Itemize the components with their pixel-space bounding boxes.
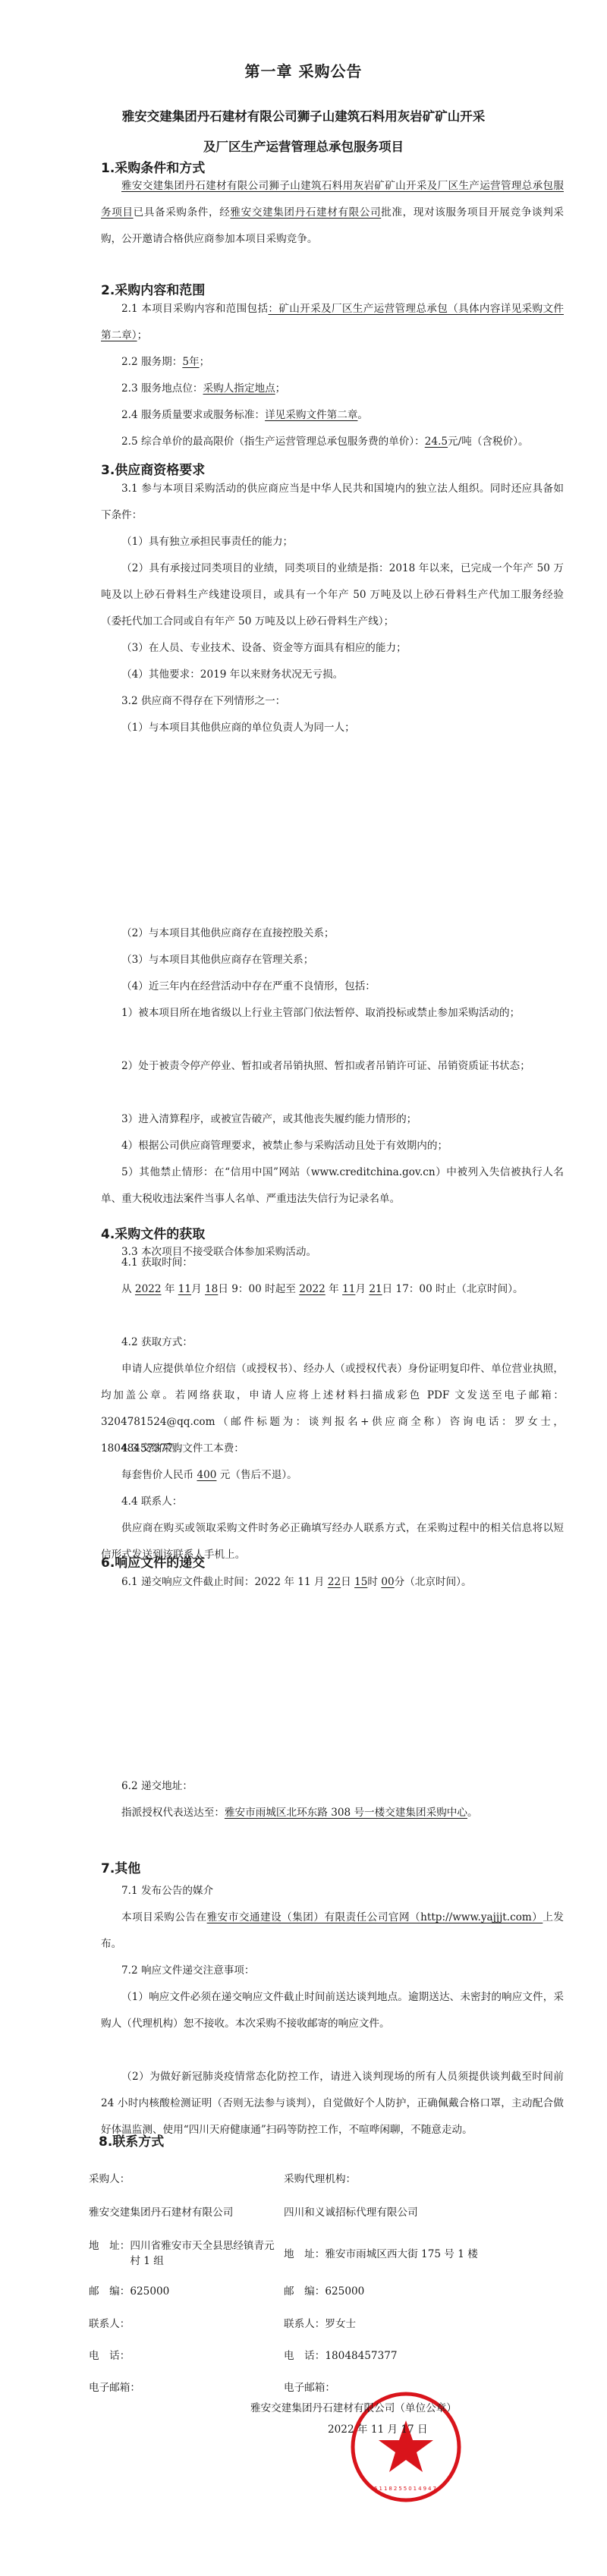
item-2-2: 2.2 服务期：5年； — [101, 349, 564, 376]
label: 电子邮箱： — [89, 2382, 140, 2394]
section-4-heading: 4.采购文件的获取 — [101, 1223, 205, 1242]
acquisition-time: 从 2022 年 11月 18日 9：00 时起至 2022 年 11月 21日… — [101, 1276, 564, 1303]
condition-3: （3）在人员、专业技术、设备、资金等方面具有相应的能力； — [101, 635, 564, 662]
value: 5年 — [182, 356, 199, 368]
agency-label: 采购代理机构： — [284, 2172, 356, 2187]
label: 联系人： — [284, 2318, 325, 2330]
text: 。 — [467, 1807, 478, 1819]
item-2-1: 2.1 本项目采购内容和范围包括：矿山开采及厂区生产运营管理总承包（具体内容详见… — [101, 296, 564, 349]
item-2-5: 2.5 综合单价的最高限价（指生产运营管理总承包服务费的单价）：24.5元/吨（… — [101, 429, 564, 455]
exclusion-1: （1）与本项目其他供应商的单位负责人为同一人； — [101, 715, 564, 741]
approver: 雅安交建集团丹石建材有限公司 — [230, 206, 381, 219]
label: 2.2 服务期： — [121, 356, 182, 368]
text: 日 17：00 时止（北京时间）。 — [382, 1283, 524, 1295]
note-1: （1）响应文件必须在递交响应文件截止时间前送达谈判地点。逾期送达、未密封的响应文… — [101, 1984, 564, 2037]
signature-date: 2022 年 11 月 17 日 — [328, 2420, 428, 2436]
address: 雅安市雨城区北环东路 308 号一楼交建集团采购中心 — [225, 1807, 467, 1819]
text: 6.1 递交响应文件截止时间：2022 年 11 月 — [121, 1576, 325, 1588]
note-2: （2）为做好新冠肺炎疫情常态化防控工作，请进入谈判现场的所有人员须提供谈判截至时… — [101, 2064, 564, 2144]
submission-address: 指派授权代表送达至：雅安市雨城区北环东路 308 号一楼交建集团采购中心。 — [101, 1800, 564, 1826]
project-title-line2: 及厂区生产运营管理总承包服务项目 — [0, 137, 607, 155]
fee-line: 每套售价人民币 400 元（售后不退）。 — [101, 1462, 564, 1489]
text: 月 — [191, 1283, 202, 1295]
agency-address: 雅安市雨城区西大街 175 号 1 楼 — [325, 2248, 477, 2260]
purchaser-label: 采购人： — [89, 2172, 130, 2187]
deadline-day: 22 — [328, 1576, 341, 1588]
section-1-body: 雅安交建集团丹石建材有限公司狮子山建筑石料用灰岩矿矿山开采及厂区生产运营管理总承… — [101, 173, 564, 253]
item-7-1: 7.1 发布公告的媒介 — [101, 1878, 564, 1904]
end-day: 21 — [369, 1283, 382, 1295]
sub-exclusion-1: 1）被本项目所在地省级以上行业主管部门依法暂停、取消投标或禁止参加采购活动的； — [101, 1000, 564, 1027]
item-4-4: 4.4 联系人： — [101, 1489, 564, 1515]
text: 指派授权代表送达至： — [121, 1807, 225, 1819]
contact: 罗女士 — [325, 2318, 356, 2330]
section-6-heading: 6.响应文件的递交 — [101, 1552, 205, 1571]
text: 年 — [329, 1283, 339, 1295]
purchaser-address-row: 地 址： 四川省雅安市天全县思经镇青元村 1 组 — [89, 2238, 275, 2269]
sub-exclusion-4: 4）根据公司供应商管理要求，被禁止参与采购活动且处于有效期内的； — [101, 1133, 564, 1159]
purchaser-phone-row: 电 话： — [89, 2348, 130, 2364]
value: 采购人指定地点 — [203, 382, 275, 395]
label: 联系人： — [89, 2318, 130, 2330]
item-3-2: 3.2 供应商不得存在下列情形之一： — [101, 688, 564, 715]
purchaser-contact-row: 联系人： — [89, 2317, 130, 2332]
label: 电 话： — [284, 2350, 325, 2362]
label: 邮 编： — [284, 2285, 325, 2298]
signature-company: 雅安交建集团丹石建材有限公司（单位公章） — [250, 2399, 457, 2414]
media-line: 本项目采购公告在雅安市交通建设（集团）有限责任公司官网（http://www.y… — [101, 1904, 564, 1958]
label: 2.3 服务地点位： — [121, 382, 203, 395]
text: 年 — [165, 1283, 175, 1295]
label: 2.1 本项目采购内容和范围包括 — [121, 303, 268, 315]
label: 地 址： — [284, 2248, 325, 2260]
item-2-3: 2.3 服务地点位：采购人指定地点； — [101, 376, 564, 402]
item-4-3: 4.3 交纳采购文件工本费： — [101, 1436, 564, 1462]
agency-address-row: 地 址：雅安市雨城区西大街 175 号 1 楼 — [284, 2247, 478, 2262]
text: 时 — [367, 1576, 378, 1588]
start-month: 11 — [178, 1283, 191, 1295]
announcement-document: 第一章 采购公告 雅安交建集团丹石建材有限公司狮子山建筑石料用灰岩矿矿山开采 及… — [0, 0, 607, 2576]
sub-exclusion-5: 5）其他禁止情形：在“信用中国”网站（www.creditchina.gov.c… — [101, 1159, 564, 1213]
text: ； — [137, 329, 148, 341]
label: 电 话： — [89, 2350, 130, 2362]
purchaser-email-row: 电子邮箱： — [89, 2380, 140, 2395]
agency-postcode-row: 邮 编：625000 — [284, 2284, 364, 2299]
sub-exclusion-2: 2）处于被责令停产停业、暂扣或者吊销执照、暂扣或者吊销许可证、吊销资质证书状态； — [101, 1053, 564, 1080]
item-6-2: 6.2 递交地址： — [101, 1773, 564, 1800]
section-8-heading: 8.联系方式 — [99, 2131, 164, 2150]
project-title-line1: 雅安交建集团丹石建材有限公司狮子山建筑石料用灰岩矿矿山开采 — [0, 106, 607, 124]
text: 从 — [121, 1283, 132, 1295]
chapter-title: 第一章 采购公告 — [0, 59, 607, 81]
purchaser-name: 雅安交建集团丹石建材有限公司 — [89, 2205, 233, 2220]
text: 日 — [341, 1576, 351, 1588]
exclusion-3: （3）与本项目其他供应商存在管理关系； — [101, 947, 564, 973]
text: ； — [200, 356, 210, 368]
label: 邮 编： — [89, 2285, 130, 2298]
start-day: 18 — [205, 1283, 218, 1295]
seal-number: 5118255014947 — [374, 2486, 438, 2492]
label: 2.5 综合单价的最高限价（指生产运营管理总承包服务费的单价）： — [121, 436, 425, 448]
purchaser-address: 四川省雅安市天全县思经镇青元村 1 组 — [130, 2238, 275, 2269]
item-4-2: 4.2 获取方式： — [101, 1329, 564, 1356]
media-link[interactable]: 雅安市交通建设（集团）有限责任公司官网（http://www.yajjjt.co… — [207, 1911, 543, 1923]
agency-phone-row: 电 话：18048457377 — [284, 2348, 398, 2364]
exclusion-4: （4）近三年内在经营活动中存在严重不良情形，包括： — [101, 973, 564, 1000]
postcode: 625000 — [325, 2285, 364, 2298]
item-3-1: 3.1 参与本项目采购活动的供应商应当是中华人民共和国境内的独立法人组织。同时还… — [101, 476, 564, 529]
label: 地 址： — [89, 2238, 130, 2269]
condition-1: （1）具有独立承担民事责任的能力； — [101, 529, 564, 555]
text: 本项目采购公告在 — [121, 1911, 207, 1923]
condition-2: （2）具有承接过同类项目的业绩，同类项目的业绩是指：2018 年以来，已完成一个… — [101, 555, 564, 635]
item-4-1: 4.1 获取时间： — [101, 1250, 564, 1276]
value: 详见采购文件第二章 — [265, 409, 357, 421]
purchaser-postcode-row: 邮 编：625000 — [89, 2284, 169, 2299]
sub-exclusion-3: 3）进入清算程序，或被宣告破产，或其他丧失履约能力情形的； — [101, 1106, 564, 1133]
deadline-hour: 15 — [354, 1576, 367, 1588]
agency-name: 四川和义诚招标代理有限公司 — [284, 2205, 418, 2220]
text: 元/吨（含税价）。 — [448, 436, 529, 448]
condition-4: （4）其他要求：2019 年以来财务状况无亏损。 — [101, 662, 564, 688]
fee-value: 400 — [197, 1469, 216, 1481]
text: ； — [275, 382, 286, 395]
phone: 18048457377 — [325, 2350, 397, 2362]
agency-email-row: 电子邮箱： — [284, 2380, 335, 2395]
label: 电子邮箱： — [284, 2382, 335, 2394]
deadline-minute: 00 — [381, 1576, 394, 1588]
agency-contact-row: 联系人：罗女士 — [284, 2317, 356, 2332]
value: 24.5 — [425, 436, 448, 448]
start-year: 2022 — [135, 1283, 162, 1295]
item-6-1: 6.1 递交响应文件截止时间：2022 年 11 月 22日 15时 00分（北… — [101, 1569, 564, 1596]
text: 元（售后不退）。 — [220, 1469, 297, 1481]
postcode: 625000 — [130, 2285, 169, 2298]
text: 。 — [357, 409, 368, 421]
item-7-2: 7.2 响应文件递交注意事项： — [101, 1958, 564, 1984]
end-year: 2022 — [299, 1283, 326, 1295]
text: 月 — [355, 1283, 366, 1295]
text: 每套售价人民币 — [121, 1469, 193, 1481]
exclusion-2: （2）与本项目其他供应商存在直接控股关系； — [101, 920, 564, 947]
label: 2.4 服务质量要求或服务标准： — [121, 409, 265, 421]
section-7-heading: 7.其他 — [101, 1857, 140, 1876]
text: 日 9：00 时起至 — [218, 1283, 296, 1295]
end-month: 11 — [342, 1283, 355, 1295]
text: 已具备采购条件，经 — [134, 206, 231, 219]
text: 分（北京时间）。 — [395, 1576, 472, 1588]
item-2-4: 2.4 服务质量要求或服务标准：详见采购文件第二章。 — [101, 402, 564, 429]
